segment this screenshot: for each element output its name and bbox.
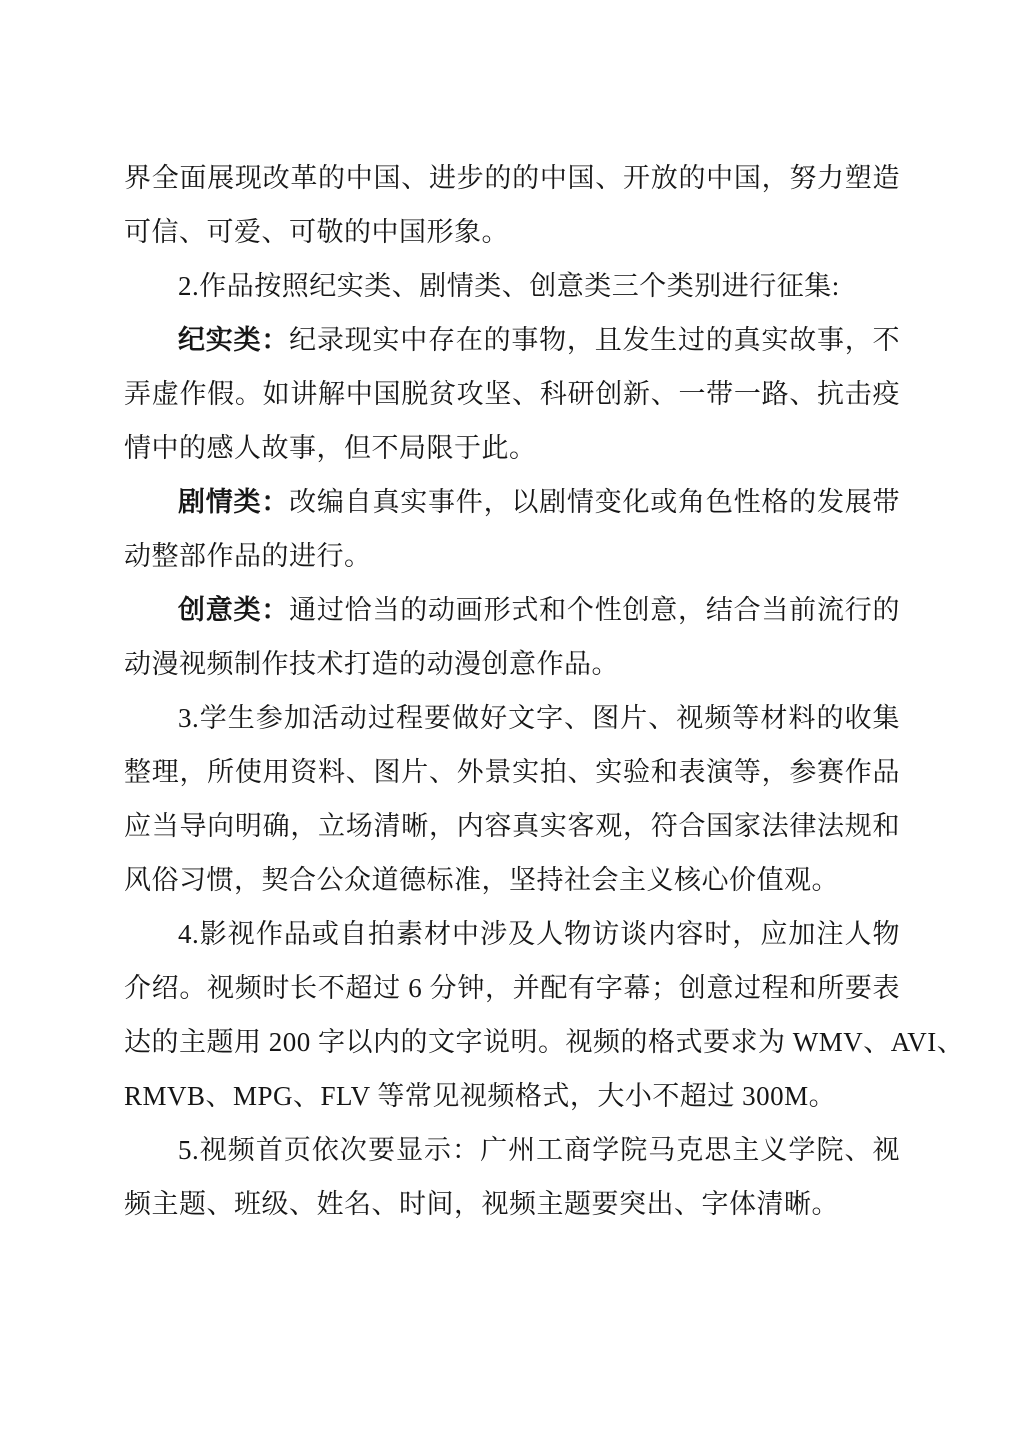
paragraph-item-3: 3.学生参加活动过程要做好文字、图片、视频等材料的收集 整理，所使用资料、图片、…	[124, 691, 900, 907]
text-line: 频主题、班级、姓名、时间，视频主题要突出、字体清晰。	[124, 1177, 900, 1231]
text-line: 创意类：通过恰当的动画形式和个性创意，结合当前流行的	[124, 583, 900, 637]
category-label-creative: 创意类：	[178, 595, 289, 625]
text-line: 弄虚作假。如讲解中国脱贫攻坚、科研创新、一带一路、抗击疫	[124, 367, 900, 421]
text-line: 5.视频首页依次要显示：广州工商学院马克思主义学院、视	[124, 1123, 900, 1177]
paragraph-item-2: 2.作品按照纪实类、剧情类、创意类三个类别进行征集:	[124, 259, 900, 313]
text-line: 应当导向明确，立场清晰，内容真实客观，符合国家法律法规和	[124, 799, 900, 853]
text-line: 达的主题用 200 字以内的文字说明。视频的格式要求为 WMV、AVI、	[124, 1015, 900, 1069]
text-line: 界全面展现改革的中国、进步的的中国、开放的中国，努力塑造	[124, 151, 900, 205]
text-line: 动整部作品的进行。	[124, 529, 900, 583]
paragraph-category-documentary: 纪实类：纪录现实中存在的事物，且发生过的真实故事，不 弄虚作假。如讲解中国脱贫攻…	[124, 313, 900, 475]
text-run: 通过恰当的动画形式和个性创意，结合当前流行的	[289, 595, 900, 625]
text-line: 4.影视作品或自拍素材中涉及人物访谈内容时，应加注人物	[124, 907, 900, 961]
text-line: 可信、可爱、可敬的中国形象。	[124, 205, 900, 259]
category-label-drama: 剧情类：	[178, 487, 289, 517]
text-run: 改编自真实事件，以剧情变化或角色性格的发展带	[289, 487, 900, 517]
text-line: 剧情类：改编自真实事件，以剧情变化或角色性格的发展带	[124, 475, 900, 529]
paragraph-continuation: 界全面展现改革的中国、进步的的中国、开放的中国，努力塑造 可信、可爱、可敬的中国…	[124, 151, 900, 259]
document-page: 界全面展现改革的中国、进步的的中国、开放的中国，努力塑造 可信、可爱、可敬的中国…	[0, 0, 1024, 1448]
document-body: 界全面展现改革的中国、进步的的中国、开放的中国，努力塑造 可信、可爱、可敬的中国…	[124, 151, 900, 1231]
paragraph-item-4: 4.影视作品或自拍素材中涉及人物访谈内容时，应加注人物 介绍。视频时长不超过 6…	[124, 907, 900, 1123]
text-line: 情中的感人故事，但不局限于此。	[124, 421, 900, 475]
category-label-documentary: 纪实类：	[178, 325, 289, 355]
paragraph-category-drama: 剧情类：改编自真实事件，以剧情变化或角色性格的发展带 动整部作品的进行。	[124, 475, 900, 583]
text-line: RMVB、MPG、FLV 等常见视频格式，大小不超过 300M。	[124, 1069, 900, 1123]
text-line: 动漫视频制作技术打造的动漫创意作品。	[124, 637, 900, 691]
paragraph-category-creative: 创意类：通过恰当的动画形式和个性创意，结合当前流行的 动漫视频制作技术打造的动漫…	[124, 583, 900, 691]
text-line: 风俗习惯，契合公众道德标准，坚持社会主义核心价值观。	[124, 853, 900, 907]
paragraph-item-5: 5.视频首页依次要显示：广州工商学院马克思主义学院、视 频主题、班级、姓名、时间…	[124, 1123, 900, 1231]
text-line: 介绍。视频时长不超过 6 分钟，并配有字幕；创意过程和所要表	[124, 961, 900, 1015]
text-line: 2.作品按照纪实类、剧情类、创意类三个类别进行征集:	[124, 259, 900, 313]
text-line: 纪实类：纪录现实中存在的事物，且发生过的真实故事，不	[124, 313, 900, 367]
text-run: 纪录现实中存在的事物，且发生过的真实故事，不	[289, 325, 900, 355]
text-line: 整理，所使用资料、图片、外景实拍、实验和表演等，参赛作品	[124, 745, 900, 799]
text-line: 3.学生参加活动过程要做好文字、图片、视频等材料的收集	[124, 691, 900, 745]
